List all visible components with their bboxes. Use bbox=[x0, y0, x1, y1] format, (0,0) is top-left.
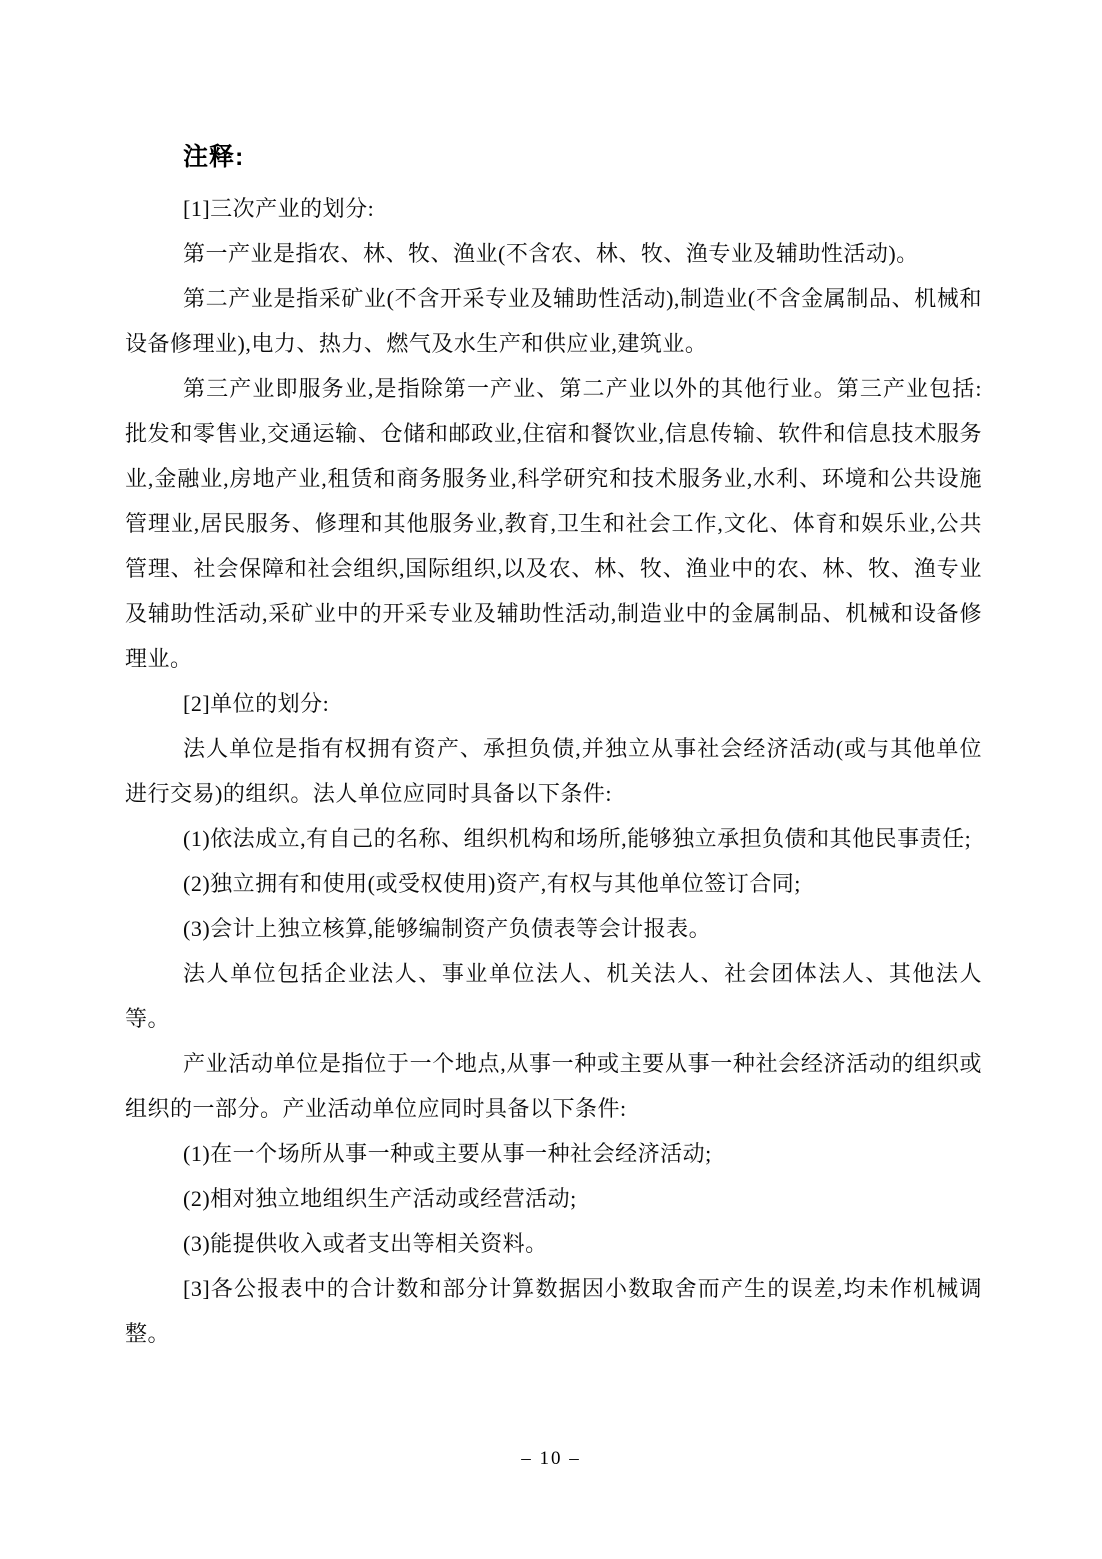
paragraph-activity-unit-condition-1: (1)在一个场所从事一种或主要从事一种社会经济活动; bbox=[125, 1131, 982, 1176]
paragraph-note1-heading: [1]三次产业的划分: bbox=[125, 186, 982, 231]
paragraph-activity-unit-condition-2: (2)相对独立地组织生产活动或经营活动; bbox=[125, 1176, 982, 1221]
section-title: 注释: bbox=[183, 140, 982, 174]
paragraph-secondary-industry: 第二产业是指采矿业(不含开采专业及辅助性活动),制造业(不含金属制品、机械和设备… bbox=[125, 276, 982, 366]
page-number: – 10 – bbox=[521, 1448, 581, 1469]
paragraph-legal-entity-condition-1: (1)依法成立,有自己的名称、组织机构和场所,能够独立承担负债和其他民事责任; bbox=[125, 816, 982, 861]
paragraph-legal-entity-condition-3: (3)会计上独立核算,能够编制资产负债表等会计报表。 bbox=[125, 906, 982, 951]
paragraph-activity-unit-definition: 产业活动单位是指位于一个地点,从事一种或主要从事一种社会经济活动的组织或组织的一… bbox=[125, 1041, 982, 1131]
paragraph-legal-entity-definition: 法人单位是指有权拥有资产、承担负债,并独立从事社会经济活动(或与其他单位进行交易… bbox=[125, 726, 982, 816]
paragraph-activity-unit-condition-3: (3)能提供收入或者支出等相关资料。 bbox=[125, 1221, 982, 1266]
notes-section: 注释: [1]三次产业的划分: 第一产业是指农、林、牧、渔业(不含农、林、牧、渔… bbox=[125, 140, 982, 1356]
page-footer: – 10 – bbox=[0, 1448, 1102, 1470]
paragraph-legal-entity-types: 法人单位包括企业法人、事业单位法人、机关法人、社会团体法人、其他法人等。 bbox=[125, 951, 982, 1041]
paragraph-note3-rounding: [3]各公报表中的合计数和部分计算数据因小数取舍而产生的误差,均未作机械调整。 bbox=[125, 1266, 982, 1356]
paragraph-note2-heading: [2]单位的划分: bbox=[125, 681, 982, 726]
document-page: 注释: [1]三次产业的划分: 第一产业是指农、林、牧、渔业(不含农、林、牧、渔… bbox=[0, 0, 1102, 1559]
paragraph-legal-entity-condition-2: (2)独立拥有和使用(或受权使用)资产,有权与其他单位签订合同; bbox=[125, 861, 982, 906]
paragraph-tertiary-industry: 第三产业即服务业,是指除第一产业、第二产业以外的其他行业。第三产业包括:批发和零… bbox=[125, 366, 982, 681]
paragraph-primary-industry: 第一产业是指农、林、牧、渔业(不含农、林、牧、渔专业及辅助性活动)。 bbox=[125, 231, 982, 276]
